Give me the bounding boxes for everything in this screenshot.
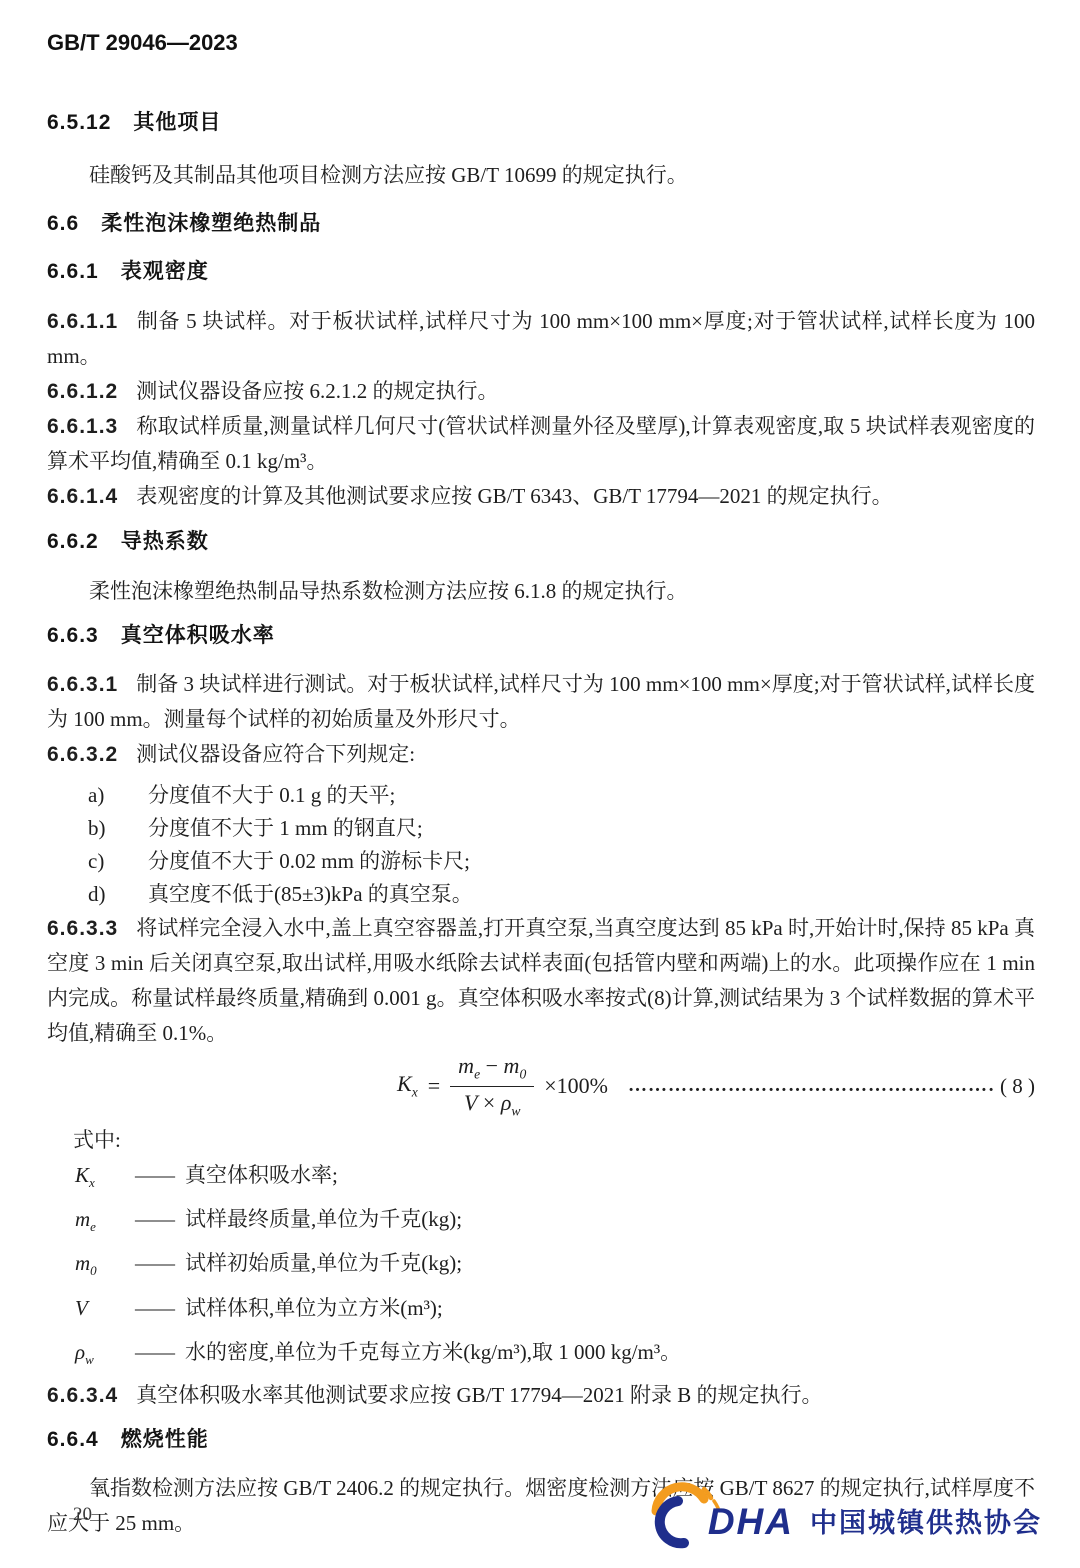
variable-row: me——试样最终质量,单位为千克(kg); [47,1201,1035,1245]
heading-number: 6.6.4 [47,1425,99,1455]
list-marker: c) [88,845,148,878]
clause-text: 测试仪器设备应按 6.2.1.2 的规定执行。 [136,379,498,403]
dash: —— [135,1334,185,1370]
heading-title: 表观密度 [121,257,209,287]
heading-6-6: 6.6 柔性泡沫橡塑绝热制品 [47,209,1035,239]
list-item: b)分度值不大于 1 mm 的钢直尺; [47,812,1035,845]
where-label: 式中: [47,1123,1035,1157]
variable-symbol: ρw [47,1334,135,1378]
variable-symbol: me [47,1201,135,1245]
list-marker: a) [88,779,148,812]
times-100-percent: ×100% [544,1073,608,1099]
heading-6-6-3: 6.6.3 真空体积吸水率 [47,621,1035,651]
fraction: me − m0 V × ρw [450,1053,534,1119]
logo-blue-crescent [660,1501,684,1543]
dash: —— [135,1245,185,1281]
heading-6-6-4: 6.6.4 燃烧性能 [47,1425,1035,1455]
clause-6-6-1-3: 6.6.1.3称取试样质量,测量试样几何尺寸(管状试样测量外径及壁厚),计算表观… [47,409,1035,479]
variable-symbol: Kx [47,1157,135,1201]
clause-6-6-1-2: 6.6.1.2测试仪器设备应按 6.2.1.2 的规定执行。 [47,374,1035,409]
list-text: 分度值不大于 0.02 mm 的游标卡尺; [148,845,470,878]
heading-6-6-1: 6.6.1 表观密度 [47,257,1035,287]
clause-number: 6.6.1.2 [47,380,118,403]
list-marker: b) [88,812,148,845]
variable-description: 水的密度,单位为千克每立方米(kg/m³),取 1 000 kg/m³。 [185,1334,1035,1370]
heading-title: 真空体积吸水率 [121,621,275,651]
page-footer: 20 DHA 中国城镇供热协会 [0,1472,1080,1558]
equation-lhs: Kx [397,1071,418,1100]
variable-row: Kx——真空体积吸水率; [47,1157,1035,1201]
document-page: GB/T 29046—2023 6.5.12 其他项目 硅酸钙及其制品其他项目检… [0,0,1080,1568]
clause-6-6-3-1: 6.6.3.1制备 3 块试样进行测试。对于板状试样,试样尺寸为 100 mm×… [47,667,1035,737]
equation-expression: Kx = me − m0 V × ρw ×100% [397,1053,608,1119]
equals-sign: = [428,1073,440,1099]
list-marker: d) [88,878,148,911]
clause-number: 6.6.1.1 [47,310,118,333]
clause-text: 制备 3 块试样进行测试。对于板状试样,试样尺寸为 100 mm×100 mm×… [47,672,1035,731]
list-text: 真空度不低于(85±3)kPa 的真空泵。 [148,878,473,911]
variable-list: Kx——真空体积吸水率; me——试样最终质量,单位为千克(kg); m0——试… [47,1157,1035,1378]
clause-text: 表观密度的计算及其他测试要求应按 GB/T 6343、GB/T 17794—20… [136,484,892,508]
variable-description: 试样最终质量,单位为千克(kg); [185,1201,1035,1237]
fraction-numerator: me − m0 [450,1053,534,1086]
equation-number: ( 8 ) [1000,1074,1035,1099]
clause-6-6-1-4: 6.6.1.4表观密度的计算及其他测试要求应按 GB/T 6343、GB/T 1… [47,479,1035,514]
list-item: c)分度值不大于 0.02 mm 的游标卡尺; [47,845,1035,878]
clause-text: 测试仪器设备应符合下列规定: [136,742,415,766]
clause-6-6-3-4: 6.6.3.4真空体积吸水率其他测试要求应按 GB/T 17794—2021 附… [47,1378,1035,1413]
heading-title: 导热系数 [121,527,209,557]
heading-6-5-12: 6.5.12 其他项目 [47,108,1035,138]
clause-text: 将试样完全浸入水中,盖上真空容器盖,打开真空泵,当真空度达到 85 kPa 时,… [47,916,1035,1045]
equation-leader-dots: …………………………………………………… [628,1075,994,1097]
dash: —— [135,1157,185,1193]
equation-8: Kx = me − m0 V × ρw ×100% ……………………………………… [47,1057,1035,1115]
heading-number: 6.6.1 [47,257,99,287]
clause-text: 称取试样质量,测量试样几何尺寸(管状试样测量外径及壁厚),计算表观密度,取 5 … [47,414,1035,473]
variable-row: m0——试样初始质量,单位为千克(kg); [47,1245,1035,1289]
clause-number: 6.6.1.4 [47,485,118,508]
heading-title: 燃烧性能 [121,1425,209,1455]
page-number: 20 [73,1504,92,1526]
heading-title: 其他项目 [133,108,221,138]
clause-number: 6.6.3.3 [47,917,118,940]
heading-number: 6.6 [47,209,79,239]
heading-6-6-2: 6.6.2 导热系数 [47,527,1035,557]
clause-text: 制备 5 块试样。对于板状试样,试样尺寸为 100 mm×100 mm×厚度;对… [47,309,1035,368]
dash: —— [135,1290,185,1326]
variable-description: 真空体积吸水率; [185,1157,1035,1193]
fraction-denominator: V × ρw [450,1087,534,1119]
list-item: d)真空度不低于(85±3)kPa 的真空泵。 [47,878,1035,911]
variable-description: 试样初始质量,单位为千克(kg); [185,1245,1035,1281]
paragraph-6-5-12: 硅酸钙及其制品其他项目检测方法应按 GB/T 10699 的规定执行。 [47,158,1035,193]
heading-number: 6.5.12 [47,108,111,138]
clause-number: 6.6.3.4 [47,1384,118,1407]
variable-symbol: V [47,1290,135,1334]
heading-title: 柔性泡沫橡塑绝热制品 [101,209,321,239]
clause-6-6-3-2: 6.6.3.2测试仪器设备应符合下列规定: [47,737,1035,772]
list-item: a)分度值不大于 0.1 g 的天平; [47,779,1035,812]
heading-number: 6.6.2 [47,527,99,557]
clause-number: 6.6.3.2 [47,743,118,766]
clause-6-6-1-1: 6.6.1.1制备 5 块试样。对于板状试样,试样尺寸为 100 mm×100 … [47,304,1035,374]
cdha-logo: DHA 中国城镇供热协会 [648,1475,1042,1555]
variable-row: ρw——水的密度,单位为千克每立方米(kg/m³),取 1 000 kg/m³。 [47,1334,1035,1378]
list-text: 分度值不大于 0.1 g 的天平; [148,779,395,812]
clause-text: 真空体积吸水率其他测试要求应按 GB/T 17794—2021 附录 B 的规定… [136,1383,822,1407]
clause-6-6-3-3: 6.6.3.3将试样完全浸入水中,盖上真空容器盖,打开真空泵,当真空度达到 85… [47,911,1035,1051]
list-text: 分度值不大于 1 mm 的钢直尺; [148,812,423,845]
doc-code: GB/T 29046—2023 [47,30,1035,56]
clause-number: 6.6.1.3 [47,415,118,438]
dash: —— [135,1201,185,1237]
equipment-list: a)分度值不大于 0.1 g 的天平; b)分度值不大于 1 mm 的钢直尺; … [47,779,1035,911]
variable-symbol: m0 [47,1245,135,1289]
org-name: 中国城镇供热协会 [810,1501,1042,1540]
heading-number: 6.6.3 [47,621,99,651]
logo-acronym: DHA [708,1501,794,1543]
variable-description: 试样体积,单位为立方米(m³); [185,1290,1035,1326]
variable-row: V——试样体积,单位为立方米(m³); [47,1290,1035,1334]
paragraph-6-6-2: 柔性泡沫橡塑绝热制品导热系数检测方法应按 6.1.8 的规定执行。 [47,574,1035,609]
clause-number: 6.6.3.1 [47,673,118,696]
